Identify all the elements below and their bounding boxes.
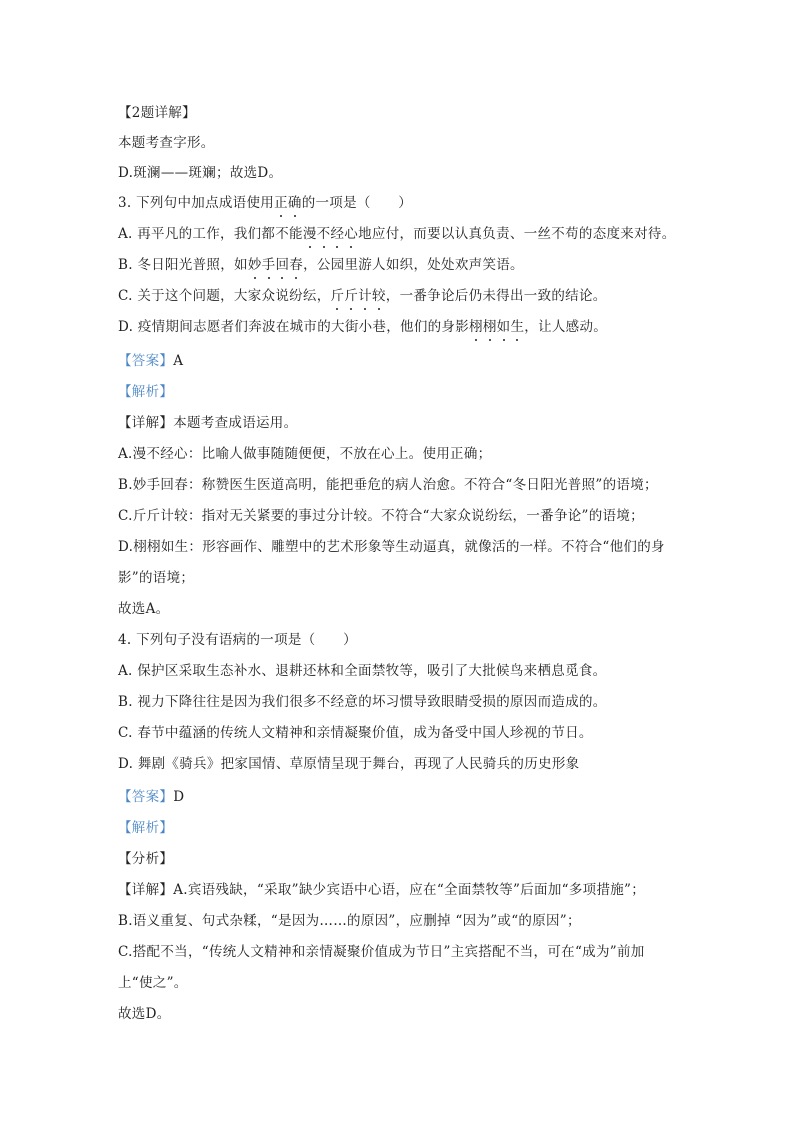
idiom-char: 栩 bbox=[469, 318, 483, 336]
option-prefix: B. 冬日阳光普照，如 bbox=[118, 257, 248, 273]
idiom-char: 如 bbox=[497, 318, 511, 336]
q4-explanation-b: B.语义重复、句式杂糅，“是因为……的原因”，应删掉 “因为”或“的原因”； bbox=[118, 912, 581, 930]
q4-option-d: D. 舞剧《骑兵》把家国情、草原情呈现于舞台，再现了人民骑兵的历史形象 bbox=[118, 755, 579, 773]
q3-explanation-c: C.斤斤计较：指对无关紧要的事过分计较。不符合“大家众说纷纭，一番争论”的语境； bbox=[118, 507, 644, 525]
q3-explanation-b: B.妙手回春：称赞医生医道高明，能把垂危的病人治愈。不符合“冬日阳光普照”的语境… bbox=[118, 476, 658, 494]
idiom-char: 斤 bbox=[331, 287, 345, 305]
q3-explanation-a: A.漫不经心：比喻人做事随随便便，不放在心上。使用正确； bbox=[118, 445, 491, 463]
q3-option-d: D. 疫情期间志愿者们奔波在城市的大街小巷，他们的身影栩栩如生，让人感动。 bbox=[118, 318, 607, 336]
q4-explanation-c: C.搭配不当，“传统人文精神和亲情凝聚价值成为节日”主宾搭配不当，可在“成为”前… bbox=[118, 943, 645, 961]
document-page: 【2题详解】 本题考查字形。 D.斑澜——斑斓；故选D。 3. 下列句中加点成语… bbox=[0, 0, 793, 1122]
idiom-char: 生 bbox=[510, 318, 524, 336]
idiom-char: 春 bbox=[289, 256, 303, 274]
q3-explanation-d-cont: 影”的语境； bbox=[118, 569, 194, 587]
option-prefix: D. 疫情期间志愿者们奔波在城市的大街小巷，他们的身影 bbox=[118, 319, 469, 335]
q4-explanation-a: 【详解】A.宾语残缺，“采取”缺少宾语中心语，应在“全面禁牧等”后面加“多项措施… bbox=[118, 881, 645, 899]
answer-tag: 【答案】 bbox=[118, 789, 173, 805]
q3-stem: 3. 下列句中加点成语使用正确的一项是（ ） bbox=[118, 194, 412, 212]
idiom-char: 较 bbox=[372, 287, 386, 305]
q4-explanation-c-cont: 上“使之”。 bbox=[118, 974, 188, 992]
idiom-char: 斤 bbox=[344, 287, 358, 305]
option-prefix: C. 关于这个问题，大家众说纷纭， bbox=[118, 288, 331, 304]
q2-answer-line: D.斑澜——斑斓；故选D。 bbox=[118, 164, 282, 182]
option-prefix: A. 再平凡的工作，我们都不能 bbox=[118, 226, 303, 242]
q3-option-a: A. 再平凡的工作，我们都不能漫不经心地应付，而要以认真负责、一丝不苟的态度来对… bbox=[118, 225, 676, 243]
q3-analysis-tag: 【解析】 bbox=[118, 383, 173, 401]
q3-stem-dotted-char: 确 bbox=[288, 194, 302, 212]
q4-analysis-tag: 【解析】 bbox=[118, 819, 173, 837]
q3-stem-dotted-char: 正 bbox=[274, 194, 288, 212]
idiom-char: 回 bbox=[275, 256, 289, 274]
q3-stem-prefix: 3. 下列句中加点成语使用 bbox=[118, 195, 274, 211]
answer-value: A bbox=[173, 353, 183, 369]
answer-value: D bbox=[173, 789, 184, 805]
q4-option-b: B. 视力下降往往是因为我们很多不经意的坏习惯导致眼睛受损的原因而造成的。 bbox=[118, 693, 607, 711]
idiom-char: 计 bbox=[358, 287, 372, 305]
idiom-char: 手 bbox=[262, 256, 276, 274]
idiom-char: 妙 bbox=[248, 256, 262, 274]
q4-stem: 4. 下列句子没有语病的一项是（ ） bbox=[118, 631, 357, 649]
idiom-char: 不 bbox=[317, 225, 331, 243]
option-suffix: 地应付，而要以认真负责、一丝不苟的态度来对待。 bbox=[358, 226, 675, 242]
q2-topic: 本题考查字形。 bbox=[118, 134, 215, 152]
idiom-char: 经 bbox=[330, 225, 344, 243]
q4-option-c: C. 春节中蕴涵的传统人文精神和亲情凝聚价值，成为备受中国人珍视的节日。 bbox=[118, 724, 593, 742]
option-suffix: ，让人感动。 bbox=[524, 319, 607, 335]
idiom-char: 心 bbox=[344, 225, 358, 243]
q3-option-b: B. 冬日阳光普照，如妙手回春，公园里游人如织，处处欢声笑语。 bbox=[118, 256, 524, 274]
q3-answer: 【答案】A bbox=[118, 352, 183, 370]
q4-option-a: A. 保护区采取生态补水、退耕还林和全面禁牧等，吸引了大批候鸟来栖息觅食。 bbox=[118, 662, 606, 680]
q3-explanation-d: D.栩栩如生：形容画作、雕塑中的艺术形象等生动逼真，就像活的一样。不符合“他们的… bbox=[118, 538, 665, 556]
option-suffix: ，一番争论后仍未得出一致的结论。 bbox=[386, 288, 607, 304]
q3-stem-suffix: 的一项是（ ） bbox=[302, 195, 412, 211]
q3-detail: 【详解】本题考查成语运用。 bbox=[118, 414, 297, 432]
idiom-char: 漫 bbox=[303, 225, 317, 243]
q4-conclusion: 故选D。 bbox=[118, 1005, 171, 1023]
option-suffix: ，公园里游人如织，处处欢声笑语。 bbox=[303, 257, 524, 273]
idiom-char: 栩 bbox=[483, 318, 497, 336]
q2-heading: 【2题详解】 bbox=[118, 104, 196, 122]
q3-option-c: C. 关于这个问题，大家众说纷纭，斤斤计较，一番争论后仍未得出一致的结论。 bbox=[118, 287, 607, 305]
q3-conclusion: 故选A。 bbox=[118, 600, 169, 618]
q4-fenxi: 【分析】 bbox=[118, 850, 173, 868]
q4-answer: 【答案】D bbox=[118, 788, 184, 806]
answer-tag: 【答案】 bbox=[118, 353, 173, 369]
